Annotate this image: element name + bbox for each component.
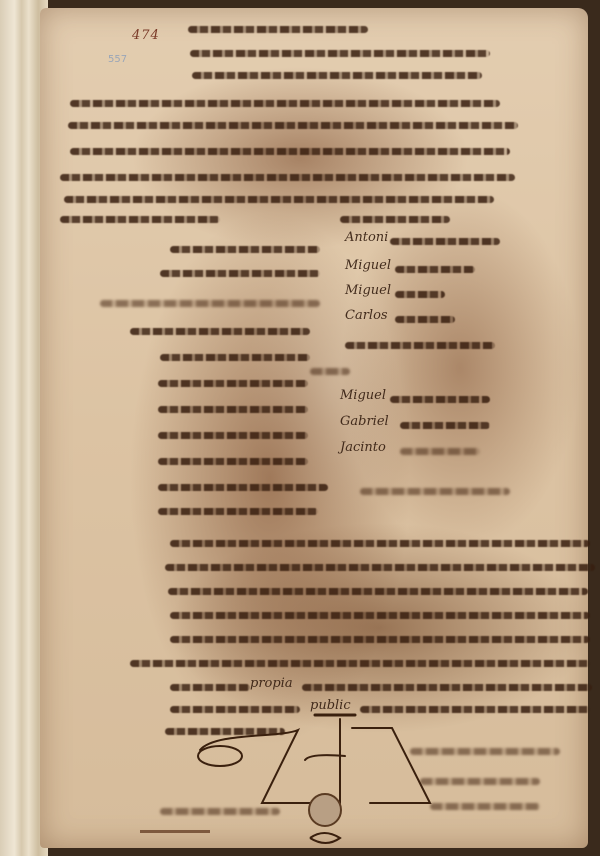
manuscript-page: 474 557 Antoni Miguel Miguel Carlos Migu… bbox=[40, 8, 588, 848]
ink-rule bbox=[140, 830, 210, 833]
notarial-sign-icon bbox=[40, 8, 588, 848]
